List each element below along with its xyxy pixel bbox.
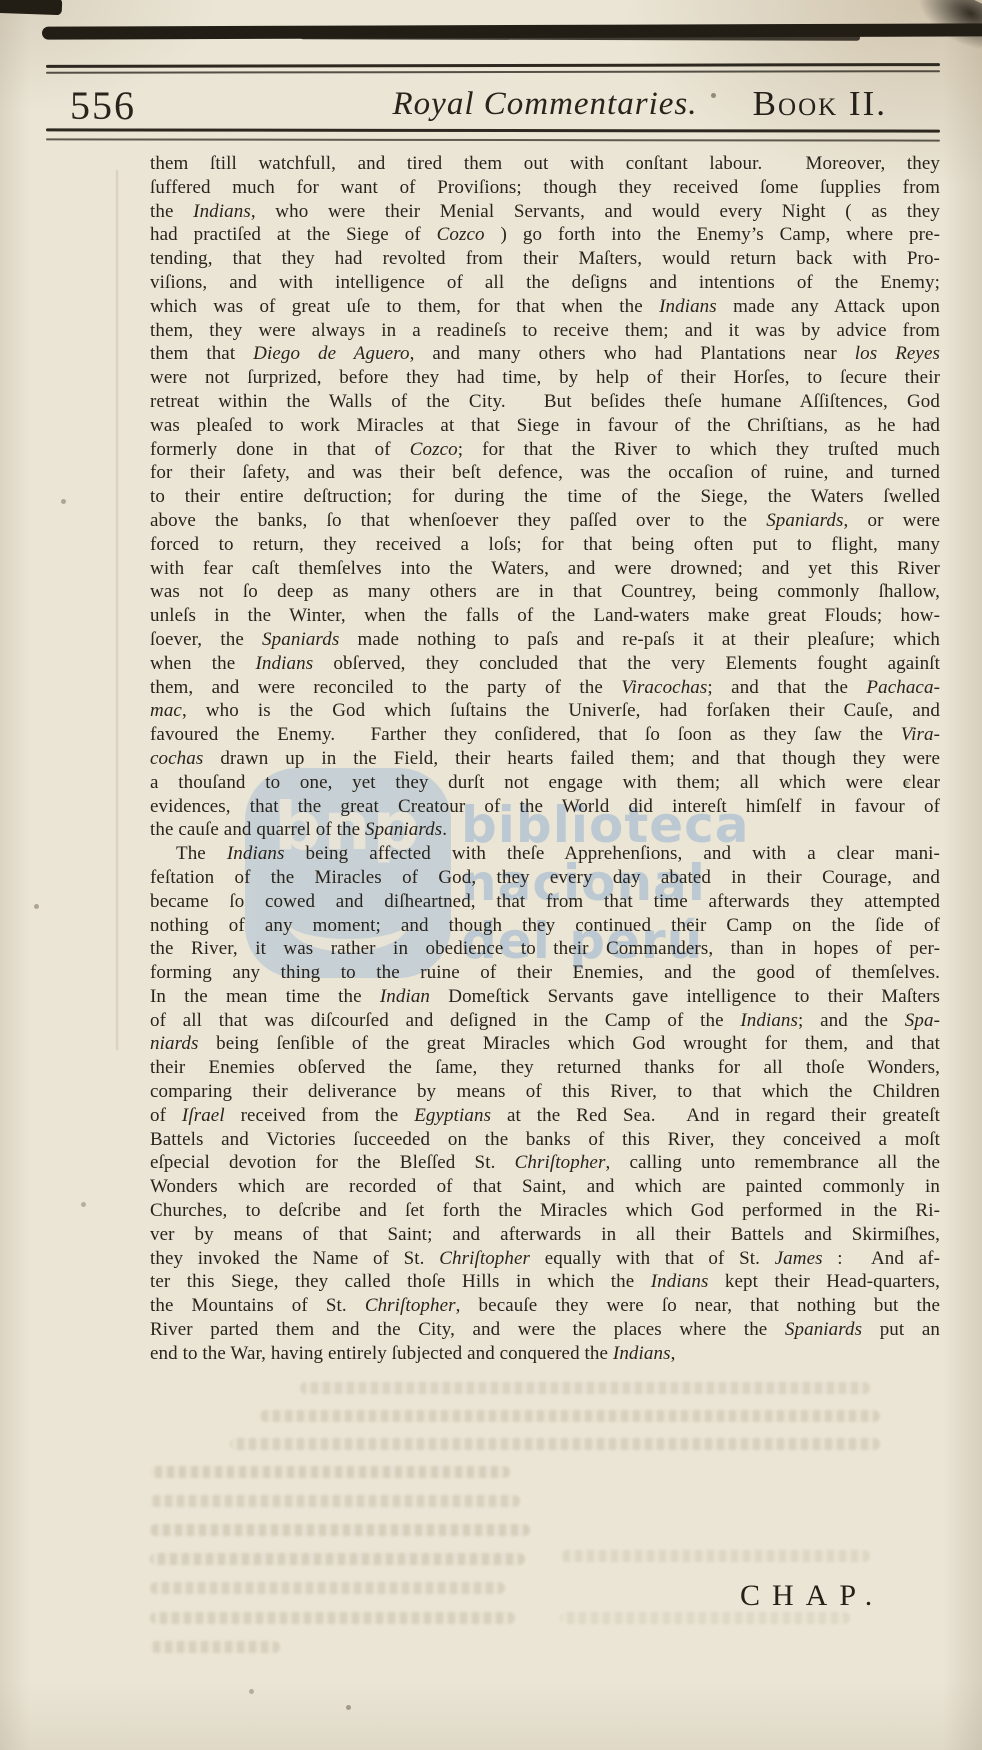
text-line: tending, that they had revolted from the…	[150, 247, 940, 271]
text-line: had practiſed at the Siege of Cozco ) go…	[150, 223, 940, 247]
text-line: them ſtill watchfull, and tired them out…	[150, 152, 940, 176]
bleed-through-artifact	[150, 1612, 515, 1624]
header-rule-bottom	[46, 128, 940, 132]
text-line: In the mean time the Indian Domeſtick Se…	[150, 985, 940, 1009]
text-line: above the banks, ſo that whenſoever they…	[150, 509, 940, 533]
text-line: ſuffered much for want of Proviſions; th…	[150, 176, 940, 200]
text-line: Battels and Victories ſucceeded on the b…	[150, 1128, 940, 1152]
text-line: were not ſurprized, before they had time…	[150, 366, 940, 390]
text-line: ver by means of that Saint; and afterwar…	[150, 1223, 940, 1247]
text-line: River parted them and the City, and were…	[150, 1318, 940, 1342]
text-line: was not ſo deep as many others are in th…	[150, 580, 940, 604]
text-line: mac, who is the God which ſuſtains the U…	[150, 699, 940, 723]
page-number: 556	[70, 82, 136, 129]
header-rule-top	[46, 63, 940, 68]
bleed-through-artifact	[230, 1438, 880, 1450]
text-line: their Enemies obſerved the ſame, they re…	[150, 1056, 940, 1080]
bleed-through-artifact	[560, 1550, 870, 1562]
text-line: ſoever, the Spaniards made nothing to pa…	[150, 628, 940, 652]
text-line: to their entire deſtruction; for during …	[150, 485, 940, 509]
text-line: they invoked the Name of St. Chriſtopher…	[150, 1247, 940, 1271]
bleed-through-artifact	[150, 1553, 525, 1565]
text-line: them, they were always in a readineſs to…	[150, 319, 940, 343]
text-line: of Iſrael received from the Egyptians at…	[150, 1104, 940, 1128]
page-crease	[116, 170, 118, 1050]
text-line: of all that was diſcourſed and deſigned …	[150, 1009, 940, 1033]
text-line: the Indians, who were their Menial Serva…	[150, 200, 940, 224]
text-line: eſpecial devotion for the Bleſſed St. Ch…	[150, 1151, 940, 1175]
text-line: formerly done in that of Cozco; for that…	[150, 438, 940, 462]
text-line: them, and were reconciled to the party o…	[150, 676, 940, 700]
text-line: unleſs in the Winter, when the falls of …	[150, 604, 940, 628]
text-line: when the Indians obſerved, they conclude…	[150, 652, 940, 676]
text-line: niards being ſenſible of the great Mirac…	[150, 1032, 940, 1056]
text-line: forming any thing to the ruine of their …	[150, 961, 940, 985]
scan-edge-artifact	[0, 0, 62, 15]
bleed-through-artifact	[260, 1410, 880, 1422]
catchword: CHAP.	[740, 1579, 884, 1613]
scan-edge-artifact	[300, 33, 860, 40]
text-line: forced to return, they received a loſs; …	[150, 533, 940, 557]
text-line: The Indians being affected with theſe Ap…	[150, 842, 940, 866]
text-line: evidences, that the great Creatour of th…	[150, 795, 940, 819]
header-rule-bottom	[46, 138, 940, 141]
text-line: retreat within the Walls of the City. Bu…	[150, 390, 940, 414]
text-line: favoured the Enemy. Farther they conſide…	[150, 723, 940, 747]
text-line: for their ſafety, and was their beſt def…	[150, 461, 940, 485]
bleed-through-artifact	[150, 1466, 510, 1478]
text-line: Wonders which are recorded of that Saint…	[150, 1175, 940, 1199]
bleed-through-artifact	[150, 1582, 505, 1594]
text-line: viſions, and with intelligence of all th…	[150, 271, 940, 295]
paragraph: The Indians being affected with theſe Ap…	[150, 842, 940, 1366]
text-line: them that Diego de Aguero, and many othe…	[150, 342, 940, 366]
text-line: which was of great uſe to them, for that…	[150, 295, 940, 319]
text-line: end to the War, having entirely ſubjecte…	[150, 1342, 940, 1366]
text-line: cochas drawn up in the Field, their hear…	[150, 747, 940, 771]
book-page: 556 Royal Commentaries. Book II. bnp bib…	[0, 0, 982, 1750]
text-line: ter this Siege, they called thoſe Hills …	[150, 1270, 940, 1294]
bleed-through-artifact	[300, 1382, 870, 1394]
text-line: was pleaſed to work Miracles at that Sie…	[150, 414, 940, 438]
header-rule-top	[46, 70, 940, 74]
text-line: the River, it was rather in obedience to…	[150, 937, 940, 961]
text-line: Churches, to deſcribe and ſet forth the …	[150, 1199, 940, 1223]
text-line: the Mountains of St. Chriſtopher, becauſ…	[150, 1294, 940, 1318]
body-text: them ſtill watchfull, and tired them out…	[150, 152, 940, 1366]
book-label: Book II.	[753, 84, 887, 124]
bleed-through-artifact	[150, 1641, 280, 1653]
text-line: became ſo cowed and diſheartned, that fr…	[150, 890, 940, 914]
text-line: with fear caſt themſelves into the Water…	[150, 557, 940, 581]
text-line: the cauſe and quarrel of the Spaniards.	[150, 818, 940, 842]
text-line: comparing their deliverance by means of …	[150, 1080, 940, 1104]
text-line: nothing of any moment; and though they c…	[150, 914, 940, 938]
paragraph: them ſtill watchfull, and tired them out…	[150, 152, 940, 842]
bleed-through-artifact	[560, 1612, 850, 1624]
bleed-through-artifact	[150, 1495, 520, 1507]
text-line: a thouſand to one, yet they durſt not en…	[150, 771, 940, 795]
text-line: feſtation of the Miracles of God, they e…	[150, 866, 940, 890]
bleed-through-artifact	[150, 1524, 530, 1536]
